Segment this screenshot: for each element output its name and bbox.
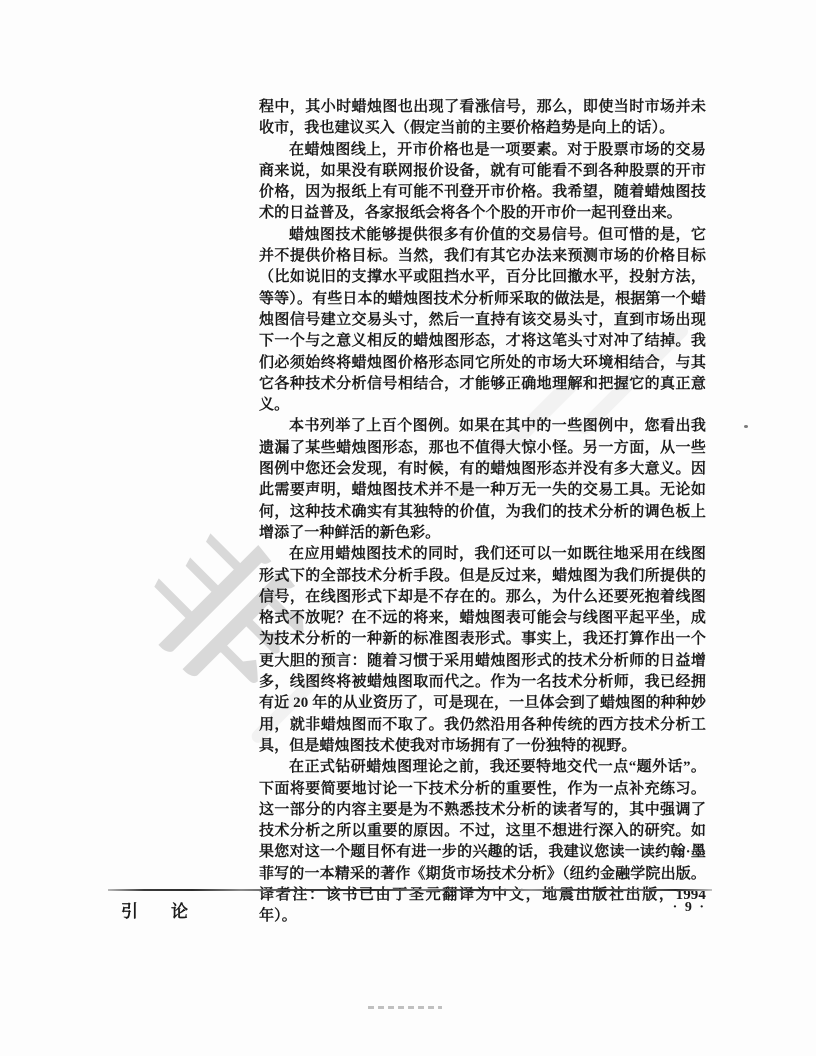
chapter-title: 引 论 (121, 897, 188, 922)
paragraph: 在蜡烛图线上，开市价格也是一项要素。对于股票市场的交易商来说，如果没有联网报价设… (259, 140, 706, 225)
page-number: · 9 · (673, 900, 706, 916)
book-page: 非 程中，其小时蜡烛图也出现了看涨信号，那么，即使当时市场并未收市，我也建议买入… (0, 0, 816, 1056)
paragraph: 本书列举了上百个图例。如果在其中的一些图例中，您看出我遗漏了某些蜡烛图形态，那也… (259, 416, 706, 544)
scan-speck (744, 425, 748, 428)
paragraph: 蜡烛图技术能够提供很多有价值的交易信号。但可惜的是，它并不提供价格目标。当然，我… (259, 225, 706, 417)
scan-smudge (368, 1006, 442, 1009)
page-footer: 引 论 · 9 · (108, 897, 712, 922)
chapter-title-char: 论 (171, 897, 188, 922)
paragraph: 在应用蜡烛图技术的同时，我们还可以一如既往地采用在线图形式下的全部技术分析手段。… (259, 544, 706, 757)
text-column: 程中，其小时蜡烛图也出现了看涨信号，那么，即使当时市场并未收市，我也建议买入（假… (259, 97, 706, 928)
paragraph: 程中，其小时蜡烛图也出现了看涨信号，那么，即使当时市场并未收市，我也建议买入（假… (259, 97, 706, 140)
chapter-title-char: 引 (121, 897, 138, 922)
footer-rule (108, 889, 712, 891)
